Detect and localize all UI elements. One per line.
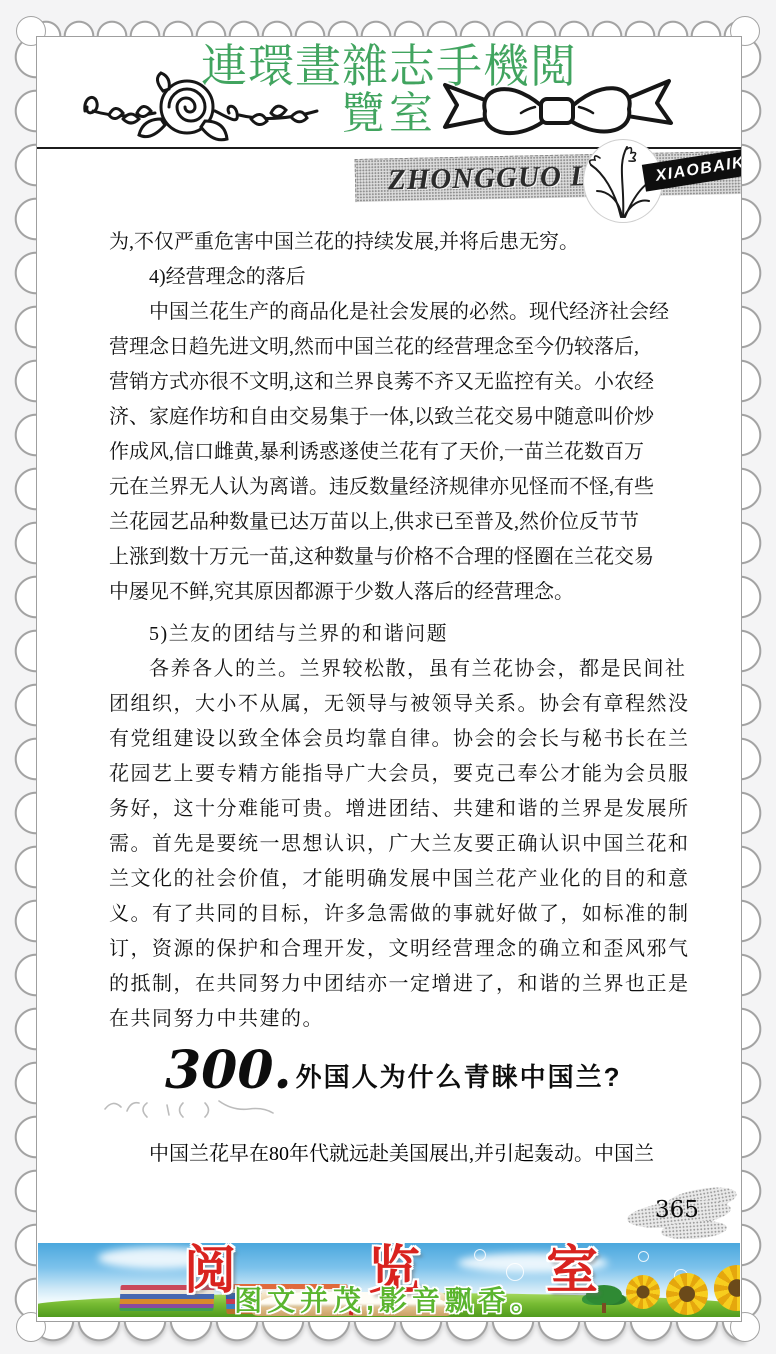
body-line: 订，资源的保护和合理开发，文明经营理念的确立和歪风邪气 — [109, 932, 675, 967]
body-line: 义。有了共同的目标，许多急需做的事就好做了，如标准的制 — [109, 897, 675, 932]
body-line: 兰花园艺品种数量已达万苗以上,供求已至普及,然价位反节节 — [109, 505, 675, 540]
section-heading: 300. 外国人为什么青睐中国兰? — [165, 1045, 622, 1097]
body-line: 兰文化的社会价值，才能明确发展中国兰花产业化的目的和意 — [109, 862, 675, 897]
page-card: 連環畫雜志手機閲 覽室 ZHONGGUO LANHUA XIAOBAIKE 为,… — [36, 36, 742, 1322]
body-line: 元在兰界无人认为离谱。违反数量经济规律亦见怪而不怪,有些 — [109, 470, 675, 505]
body-line: 作成风,信口雌黄,暴利诱惑遂使兰花有了天价,一苗兰花数百万 — [109, 435, 675, 470]
body-line: 中国兰花生产的商品化是社会发展的必然。现代经济社会经 — [109, 295, 675, 330]
body-line: 需。首先是要统一思想认识，广大兰友要正确认识中国兰花和 — [109, 827, 675, 862]
body-line: 4)经营理念的落后 — [109, 260, 675, 295]
scalloped-border-top — [30, 18, 746, 36]
scalloped-border-right — [740, 30, 762, 1324]
body-line: 花园艺上要专精方能指导广大会员，要克己奉公才能为会员服 — [109, 757, 675, 792]
body-line: 中国兰花早在80年代就远赴美国展出,并引起轰动。中国兰 — [109, 1137, 654, 1172]
banner-subtitle: 图文并茂,影音飘香。 — [38, 1279, 740, 1317]
body-line: 营理念日趋先进文明,然而中国兰花的经营理念至今仍较落后, — [109, 330, 675, 365]
body-line: 营销方式亦很不文明,这和兰界良莠不齐又无监控有关。小农经 — [109, 365, 675, 400]
body-line: 在共同努力中共建的。 — [109, 1002, 675, 1037]
body-line: 各养各人的兰。兰界较松散，虽有兰花协会，都是民间社 — [109, 652, 675, 687]
body-line: 有党组建设以致全体会员均靠自律。协会的会长与秘书长在兰 — [109, 722, 675, 757]
body-line: 济、家庭作坊和自由交易集于一体,以致兰花交易中随意叫价炒 — [109, 400, 675, 435]
rose-vine-ornament-icon — [79, 67, 329, 151]
body-line: 中屡见不鲜,究其原因都源于少数人落后的经营理念。 — [109, 575, 675, 610]
section-number: 300. — [165, 1045, 292, 1097]
faded-flourish-ornament-icon — [101, 1093, 351, 1123]
page-number-leaf: 365 — [621, 1187, 742, 1245]
body-line: 5)兰友的团结与兰界的和谐问题 — [109, 617, 675, 652]
body-text-block-1: 为,不仅严重危害中国兰花的持续发展,并将后患无穷。 4)经营理念的落后 中国兰花… — [109, 225, 675, 610]
scalloped-border-left — [14, 30, 36, 1324]
body-line: 上涨到数十万元一苗,这种数量与价格不合理的怪圈在兰花交易 — [109, 540, 675, 575]
body-line: 团组织，大小不从属，无领导与被领导关系。协会有章程然没 — [109, 687, 675, 722]
bow-ribbon-ornament-icon — [435, 69, 679, 153]
body-line: 务好，这十分难能可贵。增进团结、共建和谐的兰界是发展所 — [109, 792, 675, 827]
page-number: 365 — [655, 1197, 699, 1223]
body-line: 的抵制，在共同努力中团结亦一定增进了，和谐的兰界也正是 — [109, 967, 675, 1002]
reading-room-banner: 阅 览 室 图文并茂,影音飘香。 — [38, 1243, 740, 1317]
body-line: 为,不仅严重危害中国兰花的持续发展,并将后患无穷。 — [109, 225, 675, 260]
body-text-block-2: 5)兰友的团结与兰界的和谐问题 各养各人的兰。兰界较松散，虽有兰花协会，都是民间… — [109, 617, 675, 1037]
scalloped-border-bottom — [30, 1320, 746, 1342]
